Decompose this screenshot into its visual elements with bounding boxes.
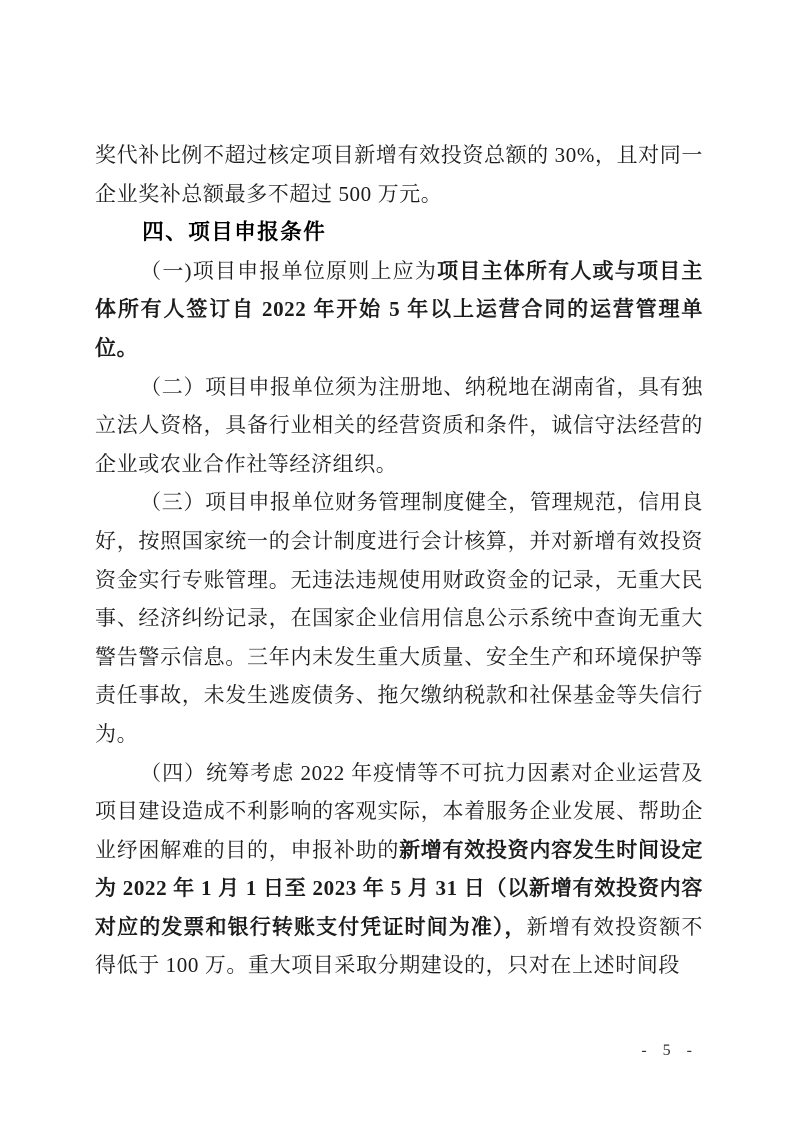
text-run: （二）项目申报单位须为注册地、纳税地在湖南省，具有独立法人资格，具备行业相关的经… — [95, 375, 703, 476]
text-run: （一)项目申报单位原则上应为 — [140, 259, 437, 283]
text-run: （三）项目申报单位财务管理制度健全，管理规范，信用良好，按照国家统一的会计制度进… — [95, 490, 703, 746]
paragraph: （一)项目申报单位原则上应为项目主体所有人或与项目主体所有人签订自 2022 年… — [95, 252, 703, 368]
paragraph: 奖代补比例不超过核定项目新增有效投资总额的 30%，且对同一企业奖补总额最多不超… — [95, 136, 703, 213]
page-number: - 5 - — [641, 1042, 698, 1060]
document-page: 奖代补比例不超过核定项目新增有效投资总额的 30%，且对同一企业奖补总额最多不超… — [0, 0, 793, 1122]
section-heading: 四、项目申报条件 — [95, 213, 703, 252]
paragraph: （四）统筹考虑 2022 年疫情等不可抗力因素对企业运营及项目建设造成不利影响的… — [95, 754, 703, 986]
document-body: 奖代补比例不超过核定项目新增有效投资总额的 30%，且对同一企业奖补总额最多不超… — [95, 136, 703, 985]
text-run: 奖代补比例不超过核定项目新增有效投资总额的 30%，且对同一企业奖补总额最多不超… — [95, 143, 703, 206]
paragraph: （二）项目申报单位须为注册地、纳税地在湖南省，具有独立法人资格，具备行业相关的经… — [95, 368, 703, 484]
paragraph: （三）项目申报单位财务管理制度健全，管理规范，信用良好，按照国家统一的会计制度进… — [95, 483, 703, 753]
